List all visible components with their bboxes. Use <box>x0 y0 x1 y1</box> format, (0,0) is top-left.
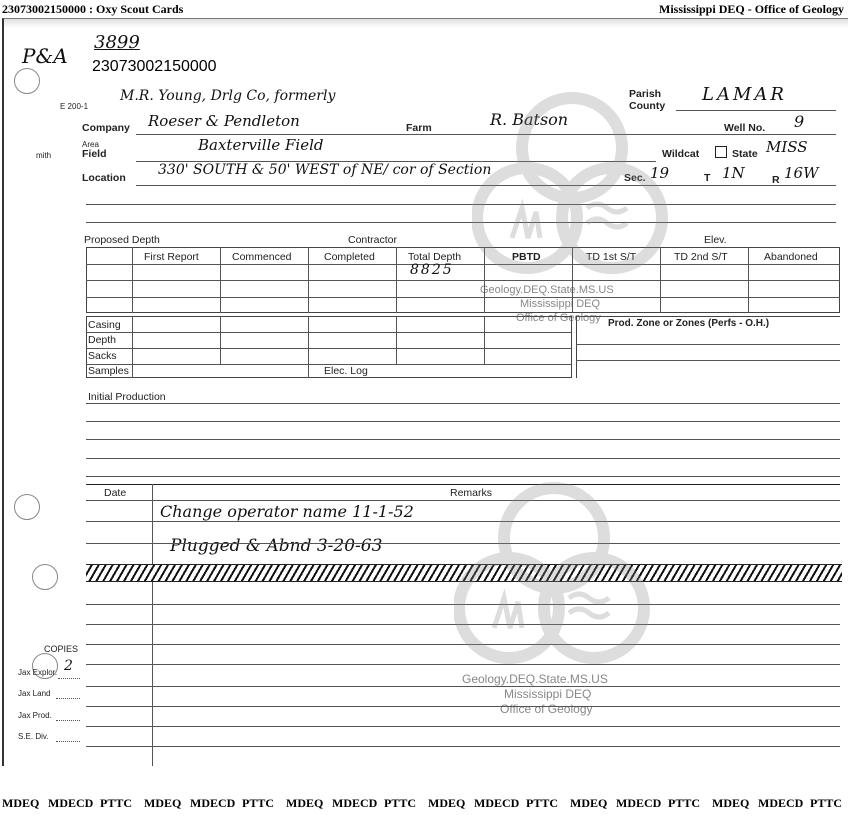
col-first-report: First Report <box>144 251 199 263</box>
col-divider <box>132 316 133 378</box>
well-no-label: Well No. <box>724 122 765 134</box>
row-divider <box>86 332 572 333</box>
row-line <box>86 706 840 707</box>
blank-line <box>86 222 836 223</box>
footer-item: PTTC <box>526 796 558 811</box>
copies-item-value: 2 <box>64 658 73 674</box>
card-number: 3899 <box>94 32 140 53</box>
col-td-2nd: TD 2nd S/T <box>674 251 728 263</box>
remark-entry: Plugged & Abnd 3-20-63 <box>170 536 382 556</box>
row-divider <box>86 348 572 349</box>
col-divider <box>220 316 221 364</box>
row-line <box>86 421 840 422</box>
r-value: 16W <box>784 164 819 182</box>
field-value: Baxterville Field <box>198 136 324 154</box>
initial-production-label: Initial Production <box>88 391 166 403</box>
copies-item-label: Jax Land <box>18 689 50 698</box>
total-depth-value: 8825 <box>410 262 454 278</box>
footer-item: MDEQ <box>712 796 749 811</box>
samples-label: Samples <box>88 365 129 377</box>
agency-title: Mississippi DEQ - Office of Geology <box>659 2 844 17</box>
col-divider <box>484 316 485 364</box>
footer-item: MDECD <box>190 796 235 811</box>
depth-label: Depth <box>88 334 116 346</box>
form-id: E 200-1 <box>60 102 88 111</box>
prod-zone-label: Prod. Zone or Zones (Perfs - O.H.) <box>608 318 769 329</box>
date-divider <box>152 484 153 766</box>
copies-item-label: S.E. Div. <box>18 732 49 741</box>
row-line <box>86 686 840 687</box>
page-header: 23073002150000 : Oxy Scout Cards Mississ… <box>0 0 850 18</box>
footer-item: MDECD <box>758 796 803 811</box>
proposed-depth-label: Proposed Depth <box>84 234 160 246</box>
contractor-label: Contractor <box>348 234 397 246</box>
field-label: Field <box>82 148 107 160</box>
watermark-text: Office of Geology <box>500 702 593 716</box>
footer-item: PTTC <box>384 796 416 811</box>
copies-dots <box>56 698 80 699</box>
copies-item-label: Jax Prod. <box>18 711 52 720</box>
footer-item: MDEQ <box>428 796 465 811</box>
footer-item: MDECD <box>332 796 377 811</box>
col-divider <box>308 316 309 378</box>
operator-note: M.R. Young, Drlg Co, formerly <box>120 88 335 104</box>
punch-hole <box>14 494 40 520</box>
pa-mark: P&A <box>22 44 68 68</box>
copies-title: COPIES <box>44 644 78 654</box>
row-line <box>86 746 840 747</box>
footer-item: MDEQ <box>570 796 607 811</box>
scout-card: P&A 3899 23073002150000 E 200-1 M.R. You… <box>2 18 848 766</box>
footer-item: MDEQ <box>286 796 323 811</box>
casing-label: Casing <box>88 319 121 331</box>
punch-hole <box>14 68 40 94</box>
col-abandoned: Abandoned <box>764 251 818 263</box>
copies-item-label: Jax Explor. <box>18 668 57 677</box>
blank-line <box>86 204 836 205</box>
location-label: Location <box>82 172 126 184</box>
row-divider <box>86 280 840 281</box>
row-divider <box>576 344 840 345</box>
copies-dots <box>56 720 80 721</box>
col-completed: Completed <box>324 251 375 263</box>
county-line <box>676 110 836 111</box>
card-title: 23073002150000 : Oxy Scout Cards <box>2 2 183 17</box>
watermark-text: Geology.DEQ.State.MS.US <box>462 672 608 686</box>
row-line <box>86 458 840 459</box>
api-number-stamp: 23073002150000 <box>92 58 217 76</box>
row-divider <box>86 264 840 265</box>
footer-item: MDEQ <box>2 796 39 811</box>
state-value: MISS <box>766 138 808 156</box>
state-label: State <box>732 148 758 160</box>
watermark-text: Mississippi DEQ <box>504 687 591 701</box>
remark-entry: Change operator name 11-1-52 <box>160 502 414 521</box>
row-divider <box>576 360 840 361</box>
footer-item: MDEQ <box>144 796 181 811</box>
footer-item: PTTC <box>668 796 700 811</box>
row-line <box>86 476 840 477</box>
date-header: Date <box>104 487 126 499</box>
footer-item: MDECD <box>48 796 93 811</box>
footer-item: PTTC <box>810 796 842 811</box>
side-mark: mith <box>36 151 51 160</box>
mdeq-watermark-logo <box>472 88 672 293</box>
col-divider <box>396 316 397 364</box>
company-value: Roeser & Pendleton <box>148 112 300 130</box>
sacks-label: Sacks <box>88 350 117 362</box>
copies-dots <box>58 678 80 679</box>
footer-item: MDECD <box>616 796 661 811</box>
farm-label: Farm <box>406 122 432 134</box>
row-line <box>86 403 840 404</box>
well-no-value: 9 <box>794 112 804 131</box>
company-label: Company <box>82 122 130 134</box>
watermark-text: Mississippi DEQ <box>520 298 600 310</box>
watermark-text: Office of Geology <box>516 312 601 324</box>
row-divider <box>86 297 840 298</box>
col-commenced: Commenced <box>232 251 292 263</box>
watermark-text: Geology.DEQ.State.MS.US <box>480 284 614 296</box>
footer-item: PTTC <box>242 796 274 811</box>
footer-item: MDECD <box>474 796 519 811</box>
mdeq-watermark-logo <box>454 478 654 683</box>
wildcat-checkbox[interactable] <box>715 146 727 158</box>
location-value: 330' SOUTH & 50' WEST of NE/ cor of Sect… <box>158 162 491 178</box>
t-label: T <box>704 172 710 184</box>
copies-dots <box>56 741 80 742</box>
punch-hole <box>32 564 58 590</box>
elec-log-label: Elec. Log <box>324 365 368 377</box>
county-value: LAMAR <box>702 84 787 105</box>
elev-label: Elev. <box>704 234 727 246</box>
footer-item: PTTC <box>100 796 132 811</box>
row-line <box>86 439 840 440</box>
row-line <box>86 726 840 727</box>
t-value: 1N <box>722 164 745 182</box>
footer-banner: MDEQ MDECD PTTC MDEQ MDECD PTTC MDEQ MDE… <box>0 796 850 814</box>
